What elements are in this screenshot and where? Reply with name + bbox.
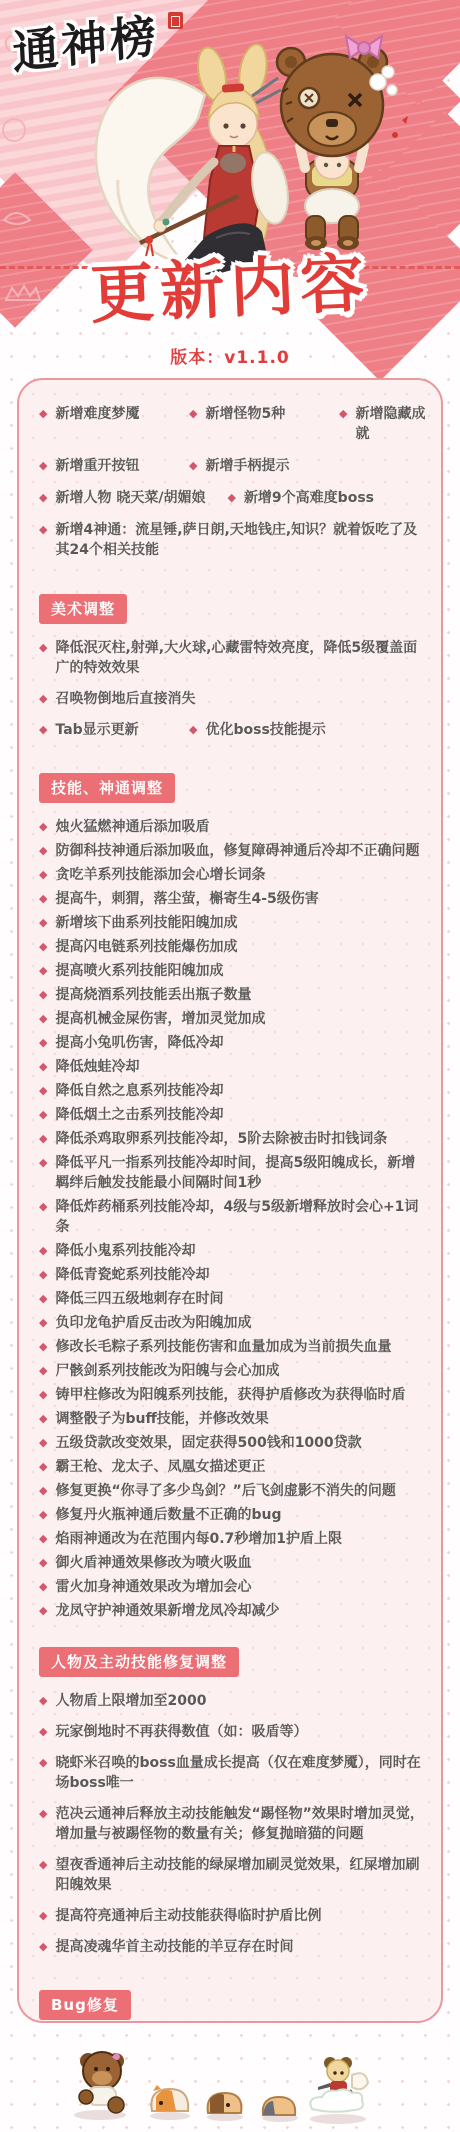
list-row: ◆降低小鬼系列技能冷却	[39, 1241, 429, 1261]
diamond-bullet-icon: ◆	[39, 638, 47, 678]
diamond-bullet-icon: ◆	[39, 456, 47, 476]
diamond-bullet-icon: ◆	[39, 1361, 47, 1381]
item-text: 修复丹火瓶神通后数量不正确的bug	[55, 1505, 281, 1525]
diamond-bullet-icon: ◆	[39, 1753, 47, 1793]
list-item: ◆提高喷火系列技能阳魄加成	[39, 961, 223, 981]
list-item: ◆提高闪电链系列技能爆伤加成	[39, 937, 237, 957]
update-section: 人物及主动技能修复调整◆人物盾上限增加至2000◆玩家倒地时不再获得数值（如：吸…	[39, 1625, 429, 1957]
item-text: 降低青瓷蛇系列技能冷却	[55, 1265, 209, 1285]
section-badge: Bug修复	[39, 1990, 131, 2020]
diamond-bullet-icon: ◆	[189, 720, 197, 740]
list-item: ◆提高牛，刺猬，落尘萤，槲寄生4-5级伤害	[39, 889, 319, 909]
list-item: ◆焰雨神通改为在范围内每0.7秒增加1护盾上限	[39, 1529, 342, 1549]
list-row: ◆晓虾米召唤的boss血量成长提高（仅在难度梦魇），同时在场boss唯一	[39, 1753, 429, 1793]
header-banner: 通神榜 更新内容 版本：v1.1.0	[0, 0, 460, 378]
item-text: 玩家倒地时不再获得数值（如：吸盾等）	[55, 1722, 307, 1742]
item-text: 提高喷火系列技能阳魄加成	[55, 961, 223, 981]
item-text: 望夜香通神后主动技能的绿屎增加刷灵觉效果，红屎增加刷阳魄效果	[55, 1855, 429, 1895]
item-text: 霸王枪、龙太子、凤凰女描述更正	[55, 1457, 265, 1477]
list-item: ◆新增重开按钮	[39, 456, 167, 476]
item-text: 降低自然之息系列技能冷却	[55, 1081, 223, 1101]
diamond-bullet-icon: ◆	[39, 1009, 47, 1029]
diamond-bullet-icon: ◆	[39, 1129, 47, 1149]
item-text: 新增9个高难度boss	[244, 488, 374, 508]
item-text: 新增人物 晓天菜/胡媚娘	[55, 488, 205, 508]
item-text: 负印龙龟护盾反击改为阳魄加成	[55, 1313, 251, 1333]
diamond-bullet-icon: ◆	[39, 1855, 47, 1895]
item-text: 调整骰子为buff技能，并修改效果	[55, 1409, 268, 1429]
list-item: ◆修复更换“你寻了多少鸟剑？”后飞剑虚影不消失的问题	[39, 1481, 396, 1501]
diamond-bullet-icon: ◆	[227, 488, 235, 508]
diamond-bullet-icon: ◆	[39, 1529, 47, 1549]
list-item: ◆召唤物倒地后直接消失	[39, 689, 195, 709]
list-item: ◆降低小鬼系列技能冷却	[39, 1241, 195, 1261]
list-row: ◆尸骸剑系列技能改为阳魄与会心加成	[39, 1361, 429, 1381]
diamond-bullet-icon: ◆	[39, 689, 47, 709]
list-item: ◆烛火猛燃神通后添加吸盾	[39, 817, 209, 837]
list-row: ◆召唤物倒地后直接消失	[39, 689, 429, 709]
list-item: ◆提高机械金屎伤害，增加灵觉加成	[39, 1009, 265, 1029]
list-row: ◆新增人物 晓天菜/胡媚娘◆新增9个高难度boss	[39, 488, 429, 508]
list-row: ◆提高凌魂华首主动技能的羊豆存在时间	[39, 1937, 429, 1957]
list-row: ◆焰雨神通改为在范围内每0.7秒增加1护盾上限	[39, 1529, 429, 1549]
list-item: ◆新增隐藏成就	[339, 404, 429, 444]
diamond-bullet-icon: ◆	[39, 1577, 47, 1597]
diamond-bullet-icon: ◆	[39, 1457, 47, 1477]
list-row: ◆新增垓下曲系列技能阳魄加成	[39, 913, 429, 933]
item-text: 五级贷款改变效果，固定获得500钱和1000贷款	[55, 1433, 361, 1453]
list-row: ◆人物盾上限增加至2000	[39, 1691, 429, 1711]
list-item: ◆人物盾上限增加至2000	[39, 1691, 206, 1711]
item-text: 龙凤守护神通效果新增龙凤冷却减少	[55, 1601, 279, 1621]
list-item: ◆防御科技神通后添加吸血，修复障碍神通后冷却不正确问题	[39, 841, 419, 861]
diamond-bullet-icon: ◆	[39, 1433, 47, 1453]
diamond-bullet-icon: ◆	[39, 1691, 47, 1711]
list-row: ◆提高牛，刺猬，落尘萤，槲寄生4-5级伤害	[39, 889, 429, 909]
item-text: 新增隐藏成就	[355, 404, 429, 444]
update-section: ◆新增难度梦魇◆新增怪物5种◆新增隐藏成就◆新增重开按钮◆新增手柄提示◆新增人物…	[39, 404, 429, 560]
item-text: 新增难度梦魇	[55, 404, 139, 444]
item-text: 新增重开按钮	[55, 456, 139, 476]
list-row: ◆范决云通神后释放主动技能触发“踢怪物”效果时增加灵觉，增加量与被踢怪物的数量有…	[39, 1804, 429, 1844]
list-row: ◆降低炸药桶系列技能冷却，4级与5级新增释放时会心+1词条	[39, 1197, 429, 1237]
item-text: 防御科技神通后添加吸血，修复障碍神通后冷却不正确问题	[55, 841, 419, 861]
item-text: 降低小鬼系列技能冷却	[55, 1241, 195, 1261]
hamster-loaf	[151, 2085, 188, 2111]
diamond-bullet-icon: ◆	[39, 1906, 47, 1926]
item-text: 尸骸剑系列技能改为阳魄与会心加成	[55, 1361, 279, 1381]
diamond-bullet-icon: ◆	[39, 1601, 47, 1621]
list-row: ◆提高喷火系列技能阳魄加成	[39, 961, 429, 981]
list-row: ◆望夜香通神后主动技能的绿屎增加刷灵觉效果，红屎增加刷阳魄效果	[39, 1855, 429, 1895]
item-text: 焰雨神通改为在范围内每0.7秒增加1护盾上限	[55, 1529, 342, 1549]
list-row: ◆降低烟土之击系列技能冷却	[39, 1105, 429, 1125]
update-content-card: ◆新增难度梦魇◆新增怪物5种◆新增隐藏成就◆新增重开按钮◆新增手柄提示◆新增人物…	[17, 378, 443, 2023]
diamond-bullet-icon: ◆	[39, 720, 47, 740]
update-notes-page: { "colors":{"accent":"#e23c38","badge":"…	[0, 0, 460, 2132]
list-item: ◆降低烛蛙冷却	[39, 1057, 139, 1077]
list-item: ◆望夜香通神后主动技能的绿屎增加刷灵觉效果，红屎增加刷阳魄效果	[39, 1855, 429, 1895]
list-row: ◆修改长毛粽子系列技能伤害和血量加成为当前损失血量	[39, 1337, 429, 1357]
item-text: 降低炸药桶系列技能冷却，4级与5级新增释放时会心+1词条	[55, 1197, 429, 1237]
list-item: ◆五级贷款改变效果，固定获得500钱和1000贷款	[39, 1433, 362, 1453]
item-text: 新增垓下曲系列技能阳魄加成	[55, 913, 237, 933]
list-row: ◆玩家倒地时不再获得数值（如：吸盾等）	[39, 1722, 429, 1742]
list-item: ◆新增手柄提示	[189, 456, 289, 476]
diamond-bullet-icon: ◆	[39, 1505, 47, 1525]
diamond-bullet-icon: ◆	[39, 889, 47, 909]
list-row: ◆修复丹火瓶神通后数量不正确的bug	[39, 1505, 429, 1525]
item-text: 新增4神通：流星锤,萨日朗,天地钱庄,知识？就着饭吃了及其24个相关技能	[55, 520, 429, 560]
footer-mascots	[0, 2023, 460, 2132]
list-row: ◆新增4神通：流星锤,萨日朗,天地钱庄,知识？就着饭吃了及其24个相关技能	[39, 520, 429, 560]
diamond-bullet-icon: ◆	[39, 1409, 47, 1429]
section-badge: 美术调整	[39, 594, 127, 624]
list-item: ◆玩家倒地时不再获得数值（如：吸盾等）	[39, 1722, 307, 1742]
list-row: ◆雷火加身神通效果改为增加会心	[39, 1577, 429, 1597]
seal-stamp-icon	[168, 12, 183, 29]
diamond-bullet-icon: ◆	[39, 985, 47, 1005]
item-text: 降低杀鸡取卵系列技能冷却，5阶去除被击时扣钱词条	[55, 1129, 387, 1149]
list-item: ◆优化boss技能提示	[189, 720, 326, 740]
list-item: ◆调整骰子为buff技能，并修改效果	[39, 1409, 269, 1429]
item-text: 铸甲柱修改为阳魄系列技能，获得护盾修改为获得临时盾	[55, 1385, 405, 1405]
list-row: ◆提高小兔叽伤害，降低冷却	[39, 1033, 429, 1053]
item-text: 修改长毛粽子系列技能伤害和血量加成为当前损失血量	[55, 1337, 391, 1357]
list-row: ◆修复更换“你寻了多少鸟剑？”后飞剑虚影不消失的问题	[39, 1481, 429, 1501]
list-row: ◆降低三四五级地刺存在时间	[39, 1289, 429, 1309]
item-text: 提高烧酒系列技能丢出瓶子数量	[55, 985, 251, 1005]
list-item: ◆新增人物 晓天菜/胡媚娘	[39, 488, 205, 508]
diamond-bullet-icon: ◆	[39, 1313, 47, 1333]
hamster-loaf	[208, 2093, 242, 2113]
item-text: 雷火加身神通效果改为增加会心	[55, 1577, 251, 1597]
diamond-bullet-icon: ◆	[39, 1481, 47, 1501]
item-text: 降低泯灭柱,射弹,大火球,心藏雷特效亮度，降低5级覆盖面广的特效效果	[55, 638, 429, 678]
update-section: 美术调整◆降低泯灭柱,射弹,大火球,心藏雷特效亮度，降低5级覆盖面广的特效效果◆…	[39, 572, 429, 740]
list-item: ◆降低自然之息系列技能冷却	[39, 1081, 223, 1101]
item-text: 提高牛，刺猬，落尘萤，槲寄生4-5级伤害	[55, 889, 318, 909]
list-item: ◆新增怪物5种	[189, 404, 317, 444]
list-item: ◆晓虾米召唤的boss血量成长提高（仅在难度梦魇），同时在场boss唯一	[39, 1753, 429, 1793]
item-text: 提高小兔叽伤害，降低冷却	[55, 1033, 223, 1053]
diamond-bullet-icon: ◆	[39, 817, 47, 837]
list-item: ◆御火盾神通效果修改为喷火吸血	[39, 1553, 251, 1573]
list-row: ◆烛火猛燃神通后添加吸盾	[39, 817, 429, 837]
list-row: ◆新增难度梦魇◆新增怪物5种◆新增隐藏成就	[39, 404, 429, 444]
section-badge: 人物及主动技能修复调整	[39, 1647, 239, 1677]
diamond-bullet-icon: ◆	[189, 404, 197, 444]
diamond-bullet-icon: ◆	[39, 1057, 47, 1077]
list-item: ◆新增9个高难度boss	[227, 488, 374, 508]
list-row: ◆御火盾神通效果修改为喷火吸血	[39, 1553, 429, 1573]
item-text: 降低平凡一指系列技能冷却时间，提高5级阳魄成长，新增羁绊后触发技能最小间隔时间1…	[55, 1153, 429, 1193]
diamond-bullet-icon: ◆	[39, 520, 47, 560]
diamond-bullet-icon: ◆	[39, 488, 47, 508]
list-item: ◆雷火加身神通效果改为增加会心	[39, 1577, 251, 1597]
diamond-bullet-icon: ◆	[39, 404, 47, 444]
list-item: ◆霸王枪、龙太子、凤凰女描述更正	[39, 1457, 265, 1477]
list-item: ◆修复丹火瓶神通后数量不正确的bug	[39, 1505, 281, 1525]
item-text: 提高符亮通神后主动技能获得临时护盾比例	[55, 1906, 321, 1926]
fox-girl-on-cloud	[310, 2057, 368, 2112]
list-item: ◆龙凤守护神通效果新增龙凤冷却减少	[39, 1601, 279, 1621]
list-item: ◆提高符亮通神后主动技能获得临时护盾比例	[39, 1906, 321, 1926]
list-row: ◆降低平凡一指系列技能冷却时间，提高5级阳魄成长，新增羁绊后触发技能最小间隔时间…	[39, 1153, 429, 1193]
list-row: ◆防御科技神通后添加吸血，修复障碍神通后冷却不正确问题	[39, 841, 429, 861]
list-row: ◆提高烧酒系列技能丢出瓶子数量	[39, 985, 429, 1005]
diamond-bullet-icon: ◆	[39, 1385, 47, 1405]
diamond-bullet-icon: ◆	[39, 1553, 47, 1573]
update-section: 技能、神通调整◆烛火猛燃神通后添加吸盾◆防御科技神通后添加吸血，修复障碍神通后冷…	[39, 751, 429, 1621]
item-text: 优化boss技能提示	[205, 720, 325, 740]
list-row: ◆降低泯灭柱,射弹,大火球,心藏雷特效亮度，降低5级覆盖面广的特效效果	[39, 638, 429, 678]
list-item: ◆贪吃羊系列技能添加会心增长词条	[39, 865, 265, 885]
list-item: ◆负印龙龟护盾反击改为阳魄加成	[39, 1313, 251, 1333]
item-text: 召唤物倒地后直接消失	[55, 689, 195, 709]
diamond-bullet-icon: ◆	[39, 1105, 47, 1125]
diamond-bullet-icon: ◆	[39, 1337, 47, 1357]
list-item: ◆提高烧酒系列技能丢出瓶子数量	[39, 985, 251, 1005]
list-row: ◆Tab显示更新◆优化boss技能提示	[39, 720, 429, 740]
item-text: 范决云通神后释放主动技能触发“踢怪物”效果时增加灵觉，增加量与被踢怪物的数量有关…	[55, 1804, 429, 1844]
item-text: 修复更换“你寻了多少鸟剑？”后飞剑虚影不消失的问题	[55, 1481, 395, 1501]
list-item: ◆修改长毛粽子系列技能伤害和血量加成为当前损失血量	[39, 1337, 391, 1357]
item-text: 人物盾上限增加至2000	[55, 1691, 206, 1711]
diamond-bullet-icon: ◆	[39, 913, 47, 933]
list-row: ◆提高机械金屎伤害，增加灵觉加成	[39, 1009, 429, 1029]
diamond-bullet-icon: ◆	[39, 1081, 47, 1101]
list-row: ◆贪吃羊系列技能添加会心增长词条	[39, 865, 429, 885]
item-text: 提高闪电链系列技能爆伤加成	[55, 937, 237, 957]
list-item: ◆提高小兔叽伤害，降低冷却	[39, 1033, 223, 1053]
diamond-bullet-icon: ◆	[189, 456, 197, 476]
list-row: ◆降低烛蛙冷却	[39, 1057, 429, 1077]
footer-sprites-illustration	[0, 2023, 460, 2132]
list-row: ◆负印龙龟护盾反击改为阳魄加成	[39, 1313, 429, 1333]
list-item: ◆铸甲柱修改为阳魄系列技能，获得护盾修改为获得临时盾	[39, 1385, 405, 1405]
version-label: 版本：v1.1.0	[0, 343, 460, 368]
list-row: ◆提高闪电链系列技能爆伤加成	[39, 937, 429, 957]
list-item: ◆提高凌魂华首主动技能的羊豆存在时间	[39, 1937, 293, 1957]
item-text: 降低烛蛙冷却	[55, 1057, 139, 1077]
diamond-bullet-icon: ◆	[39, 1197, 47, 1237]
list-item: ◆降低青瓷蛇系列技能冷却	[39, 1265, 209, 1285]
list-row: ◆降低青瓷蛇系列技能冷却	[39, 1265, 429, 1285]
item-text: 提高机械金屎伤害，增加灵觉加成	[55, 1009, 265, 1029]
item-text: 新增怪物5种	[205, 404, 285, 444]
list-row: ◆调整骰子为buff技能，并修改效果	[39, 1409, 429, 1429]
diamond-bullet-icon: ◆	[339, 404, 347, 444]
list-row: ◆龙凤守护神通效果新增龙凤冷却减少	[39, 1601, 429, 1621]
list-item: ◆新增难度梦魇	[39, 404, 167, 444]
section-badge: 技能、神通调整	[39, 773, 175, 803]
item-text: 降低三四五级地刺存在时间	[55, 1289, 223, 1309]
diamond-bullet-icon: ◆	[39, 937, 47, 957]
diamond-bullet-icon: ◆	[39, 961, 47, 981]
list-item: ◆尸骸剑系列技能改为阳魄与会心加成	[39, 1361, 279, 1381]
list-row: ◆霸王枪、龙太子、凤凰女描述更正	[39, 1457, 429, 1477]
diamond-bullet-icon: ◆	[39, 841, 47, 861]
item-text: 新增手柄提示	[205, 456, 289, 476]
list-row: ◆降低杀鸡取卵系列技能冷却，5阶去除被击时扣钱词条	[39, 1129, 429, 1149]
list-row: ◆提高符亮通神后主动技能获得临时护盾比例	[39, 1906, 429, 1926]
diamond-bullet-icon: ◆	[39, 1265, 47, 1285]
item-text: 御火盾神通效果修改为喷火吸血	[55, 1553, 251, 1573]
update-section: Bug修复◆修复部分天赋上限错误（天赋界面点击“重置”更正）	[39, 1968, 429, 2023]
list-item: ◆新增垓下曲系列技能阳魄加成	[39, 913, 237, 933]
item-text: 贪吃羊系列技能添加会心增长词条	[55, 865, 265, 885]
list-item: ◆降低三四五级地刺存在时间	[39, 1289, 223, 1309]
list-item: ◆范决云通神后释放主动技能触发“踢怪物”效果时增加灵觉，增加量与被踢怪物的数量有…	[39, 1804, 429, 1844]
list-item: ◆降低平凡一指系列技能冷却时间，提高5级阳魄成长，新增羁绊后触发技能最小间隔时间…	[39, 1153, 429, 1193]
list-item: ◆Tab显示更新	[39, 720, 167, 740]
diamond-bullet-icon: ◆	[39, 1033, 47, 1053]
diamond-bullet-icon: ◆	[39, 865, 47, 885]
item-text: 烛火猛燃神通后添加吸盾	[55, 817, 209, 837]
diamond-bullet-icon: ◆	[39, 1937, 47, 1957]
list-item: ◆新增4神通：流星锤,萨日朗,天地钱庄,知识？就着饭吃了及其24个相关技能	[39, 520, 429, 560]
hamster-sleeping	[263, 2097, 295, 2115]
list-item: ◆降低烟土之击系列技能冷却	[39, 1105, 223, 1125]
list-item: ◆降低杀鸡取卵系列技能冷却，5阶去除被击时扣钱词条	[39, 1129, 387, 1149]
item-text: Tab显示更新	[55, 720, 138, 740]
list-row: ◆铸甲柱修改为阳魄系列技能，获得护盾修改为获得临时盾	[39, 1385, 429, 1405]
diamond-bullet-icon: ◆	[39, 1289, 47, 1309]
diamond-bullet-icon: ◆	[39, 1722, 47, 1742]
list-item: ◆降低炸药桶系列技能冷却，4级与5级新增释放时会心+1词条	[39, 1197, 429, 1237]
list-row: ◆新增重开按钮◆新增手柄提示	[39, 456, 429, 476]
diamond-bullet-icon: ◆	[39, 1153, 47, 1193]
diamond-bullet-icon: ◆	[39, 1241, 47, 1261]
item-text: 提高凌魂华首主动技能的羊豆存在时间	[55, 1937, 293, 1957]
list-row: ◆五级贷款改变效果，固定获得500钱和1000贷款	[39, 1433, 429, 1453]
list-row: ◆降低自然之息系列技能冷却	[39, 1081, 429, 1101]
diamond-bullet-icon: ◆	[39, 1804, 47, 1844]
item-text: 降低烟土之击系列技能冷却	[55, 1105, 223, 1125]
list-item: ◆降低泯灭柱,射弹,大火球,心藏雷特效亮度，降低5级覆盖面广的特效效果	[39, 638, 429, 678]
bear-costume-kid	[79, 2052, 124, 2113]
item-text: 晓虾米召唤的boss血量成长提高（仅在难度梦魇），同时在场boss唯一	[55, 1753, 429, 1793]
